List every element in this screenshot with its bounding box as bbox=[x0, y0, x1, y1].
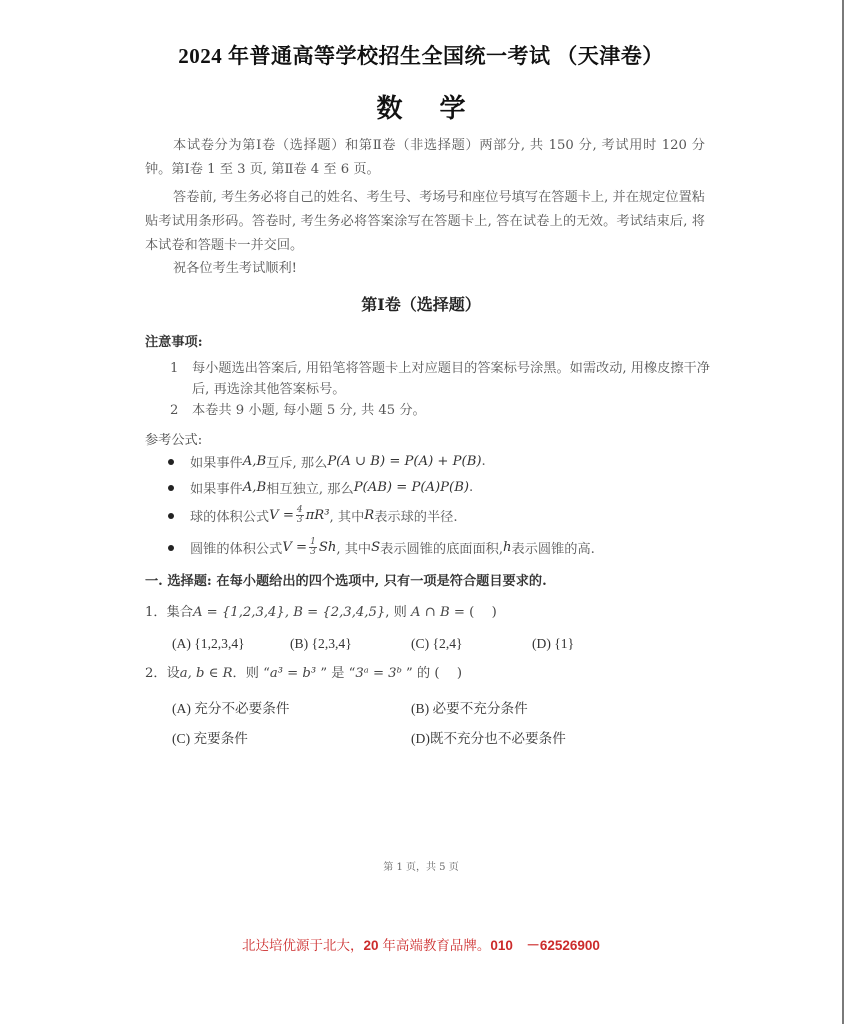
question-1-stem: 1．集合A = {1,2,3,4}, B = {2,3,4,5}, 则 A ∩ … bbox=[145, 601, 497, 620]
question-1-option-c: (C) {2,4} bbox=[411, 636, 463, 652]
question-2-option-a: (A) 充分不必要条件 bbox=[172, 697, 289, 717]
question-math: 3ᵃ = 3ᵇ bbox=[355, 666, 401, 681]
formula-math: πR³ bbox=[306, 508, 330, 523]
question-text: = ( ) bbox=[450, 605, 497, 620]
promo-phone: 010 －62526900 bbox=[490, 938, 600, 953]
notice-label: 注意事项: bbox=[145, 331, 203, 350]
formula-item-sphere-volume: 球的体积公式 V = 4 3 πR³ , 其中 R 表示球的半径. bbox=[168, 506, 458, 525]
formula-math: P(AB) = P(A)P(B) bbox=[354, 480, 469, 495]
promo-text: 北达培优源于北大， bbox=[242, 938, 364, 953]
fraction: 4 3 bbox=[296, 506, 304, 525]
question-2-stem: 2．设a, b ∈ R．则 “a³ = b³ ” 是 “3ᵃ = 3ᵇ ” 的 … bbox=[145, 662, 462, 681]
notice-item: 1 每小题选出答案后, 用铅笔将答题卡上对应题目的答案标号涂黑。如需改动, 用橡… bbox=[170, 358, 710, 400]
formula-text: 圆锥的体积公式 bbox=[190, 538, 282, 557]
fraction-denominator: 3 bbox=[297, 516, 303, 525]
section-title: 第Ⅰ卷（选择题） bbox=[0, 292, 842, 315]
formula-math: h bbox=[503, 540, 512, 555]
formula-label: 参考公式: bbox=[145, 429, 202, 448]
formula-text: . bbox=[469, 480, 473, 495]
faint-watermark bbox=[596, 238, 599, 249]
formula-text: 相互独立, 那么 bbox=[266, 478, 354, 497]
fraction: 1 3 bbox=[309, 538, 317, 557]
formula-math: R bbox=[364, 508, 374, 523]
formula-math: S bbox=[371, 540, 380, 555]
question-text: , 则 bbox=[385, 605, 411, 620]
formula-math: A,B bbox=[243, 480, 266, 495]
question-text: 1．集合 bbox=[145, 605, 193, 620]
formula-text: , 其中 bbox=[336, 538, 371, 557]
question-2-option-d: (D)既不充分也不必要条件 bbox=[411, 727, 566, 747]
question-math: a, b ∈ R bbox=[180, 666, 233, 681]
formula-text: 如果事件 bbox=[190, 478, 243, 497]
formula-text: 表示圆锥的底面面积, bbox=[380, 538, 503, 557]
bullet-icon bbox=[168, 545, 174, 551]
question-text: ．则 “ bbox=[233, 666, 270, 681]
formula-text: , 其中 bbox=[330, 506, 365, 525]
exam-page: 2024 年普通高等学校招生全国统一考试 （天津卷） 数 学 本试卷分为第Ⅰ卷（… bbox=[0, 0, 842, 1024]
question-2-option-b: (B) 必要不充分条件 bbox=[411, 697, 528, 717]
formula-text: 互斥, 那么 bbox=[266, 452, 327, 471]
question-text: ” 是 “ bbox=[316, 666, 355, 681]
formula-text: 表示圆锥的高. bbox=[512, 538, 595, 557]
part-heading: 一. 选择题: 在每小题给出的四个选项中, 只有一项是符合题目要求的. bbox=[145, 570, 547, 589]
promo-number: 20 bbox=[364, 938, 379, 953]
notice-text: 本卷共 9 小题, 每小题 5 分, 共 45 分。 bbox=[192, 400, 710, 421]
formula-text: 表示球的半径. bbox=[374, 506, 457, 525]
formula-math: V = bbox=[269, 508, 294, 523]
intro-paragraph-1: 本试卷分为第Ⅰ卷（选择题）和第Ⅱ卷（非选择题）两部分, 共 150 分, 考试用… bbox=[145, 134, 705, 182]
fraction-denominator: 3 bbox=[310, 548, 316, 557]
question-math: a³ = b³ bbox=[270, 666, 316, 681]
question-1-option-d: (D) {1} bbox=[532, 636, 574, 652]
bullet-icon bbox=[168, 513, 174, 519]
question-1-option-b: (B) {2,3,4} bbox=[290, 636, 352, 652]
formula-item-mutually-exclusive: 如果事件 A,B 互斥, 那么 P(A ∪ B) = P(A) + P(B) . bbox=[168, 452, 486, 471]
question-text: ” 的 ( ) bbox=[402, 666, 462, 681]
promo-text: 年高端教育品牌。 bbox=[379, 938, 491, 953]
question-2-option-c: (C) 充要条件 bbox=[172, 727, 248, 747]
notice-text: 每小题选出答案后, 用铅笔将答题卡上对应题目的答案标号涂黑。如需改动, 用橡皮擦… bbox=[192, 358, 710, 400]
subject-title: 数 学 bbox=[0, 88, 842, 125]
formula-item-independent: 如果事件 A,B 相互独立, 那么 P(AB) = P(A)P(B) . bbox=[168, 478, 473, 497]
bullet-icon bbox=[168, 485, 174, 491]
formula-item-cone-volume: 圆锥的体积公式 V = 1 3 Sh , 其中 S 表示圆锥的底面面积, h 表… bbox=[168, 538, 595, 557]
exam-title: 2024 年普通高等学校招生全国统一考试 （天津卷） bbox=[0, 40, 842, 70]
question-math: A ∩ B bbox=[411, 605, 450, 620]
formula-text: 球的体积公式 bbox=[190, 506, 269, 525]
formula-math: V = bbox=[282, 540, 307, 555]
formula-text: . bbox=[482, 454, 486, 469]
bullet-icon bbox=[168, 459, 174, 465]
notice-item: 2 本卷共 9 小题, 每小题 5 分, 共 45 分。 bbox=[170, 400, 710, 421]
notice-number: 1 bbox=[170, 358, 192, 400]
question-1-option-a: (A) {1,2,3,4} bbox=[172, 636, 245, 652]
intro-paragraph-2: 答卷前, 考生务必将自己的姓名、考生号、考场号和座位号填写在答题卡上, 并在规定… bbox=[145, 186, 705, 258]
formula-math: A,B bbox=[243, 454, 266, 469]
good-luck-text: 祝各位考生考试顺利! bbox=[173, 257, 297, 276]
notice-number: 2 bbox=[170, 400, 192, 421]
formula-math: P(A ∪ B) = P(A) + P(B) bbox=[327, 454, 481, 469]
promo-banner: 北达培优源于北大，20 年高端教育品牌。010 －62526900 bbox=[0, 934, 842, 954]
formula-text: 如果事件 bbox=[190, 452, 243, 471]
formula-math: Sh bbox=[319, 540, 337, 555]
question-math: A = {1,2,3,4}, B = {2,3,4,5} bbox=[193, 605, 385, 620]
question-text: 2．设 bbox=[145, 666, 180, 681]
page-number-footer: 第 1 页，共 5 页 bbox=[0, 858, 842, 873]
